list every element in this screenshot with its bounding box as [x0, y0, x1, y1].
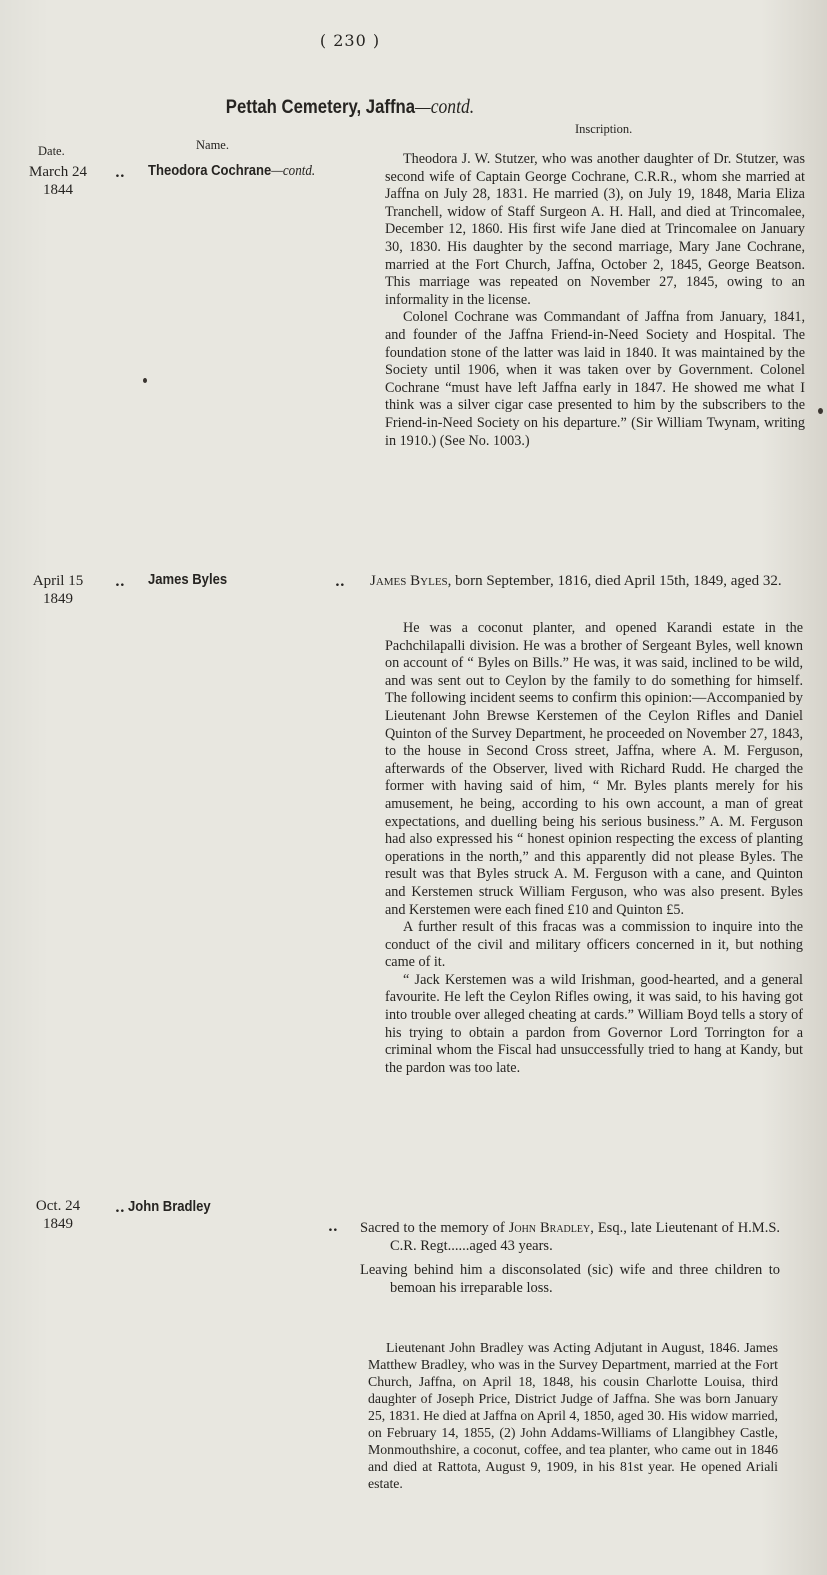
paragraph: He was a coconut planter, and opened Kar… — [385, 620, 803, 919]
entry-name: Theodora Cochrane—contd. — [148, 163, 315, 180]
ink-spot — [143, 378, 147, 383]
name-text: Theodora Cochrane — [148, 163, 271, 179]
entry-name: James Byles — [148, 572, 227, 588]
column-header-date: Date. — [38, 144, 65, 159]
entry-date: March 24 1844 — [18, 163, 98, 199]
biography-text: He was a coconut planter, and opened Kar… — [385, 620, 803, 1077]
leader-dots: .. — [328, 1219, 338, 1235]
name-suffix: —contd. — [271, 163, 315, 179]
entry-date: April 15 1849 — [18, 572, 98, 608]
date-year: 1849 — [18, 1215, 98, 1233]
leader-dots: .. — [115, 165, 125, 181]
paragraph: “ Jack Kerstemen was a wild Irishman, go… — [385, 972, 803, 1078]
entry-date: Oct. 24 1849 — [18, 1197, 98, 1233]
biography-text: Lieutenant John Bradley was Acting Adjut… — [368, 1339, 778, 1492]
date-day: March 24 — [18, 163, 98, 181]
leader-dots: .. — [335, 574, 345, 590]
book-page: ( 230 ) Pettah Cemetery, Jaffna—contd. D… — [0, 0, 827, 1575]
inscription-pre: Sacred to the memory of — [360, 1220, 509, 1236]
column-header-inscription: Inscription. — [575, 122, 632, 137]
entry-name: John Bradley — [128, 1199, 211, 1215]
date-year: 1849 — [18, 590, 98, 608]
inscription-heading: James Byles, born September, 1816, died … — [370, 572, 800, 591]
date-day: Oct. 24 — [18, 1197, 98, 1215]
inscription-line: Leaving behind him a disconsolated (sic)… — [360, 1261, 780, 1297]
title-suffix: —contd. — [415, 96, 474, 118]
date-day: April 15 — [18, 572, 98, 590]
inscription-line: Sacred to the memory of John Bradley, Es… — [360, 1219, 780, 1255]
column-header-name: Name. — [196, 138, 229, 153]
inscription-rest: , born September, 1816, died April 15th,… — [448, 573, 782, 589]
inscription-name: James Byles — [370, 573, 448, 589]
paragraph: A further result of this fracas was a co… — [385, 919, 803, 972]
inscription-name: John Bradley — [509, 1220, 591, 1236]
paragraph: Colonel Cochrane was Commandant of Jaffn… — [385, 309, 805, 450]
inscription-text: Theodora J. W. Stutzer, who was another … — [385, 151, 805, 450]
date-year: 1844 — [18, 181, 98, 199]
paragraph: Theodora J. W. Stutzer, who was another … — [385, 151, 805, 309]
title-text: Pettah Cemetery, Jaffna — [226, 97, 415, 118]
leader-dots: .. — [115, 574, 125, 590]
ink-spot — [818, 408, 823, 414]
page-number: ( 230 ) — [0, 31, 700, 50]
paragraph: Lieutenant John Bradley was Acting Adjut… — [368, 1339, 778, 1492]
inscription-line: James Byles, born September, 1816, died … — [370, 572, 800, 591]
leader-dots: .. — [115, 1200, 125, 1216]
inscription-heading: Sacred to the memory of John Bradley, Es… — [360, 1219, 780, 1297]
page-title: Pettah Cemetery, Jaffna—contd. — [42, 96, 658, 119]
